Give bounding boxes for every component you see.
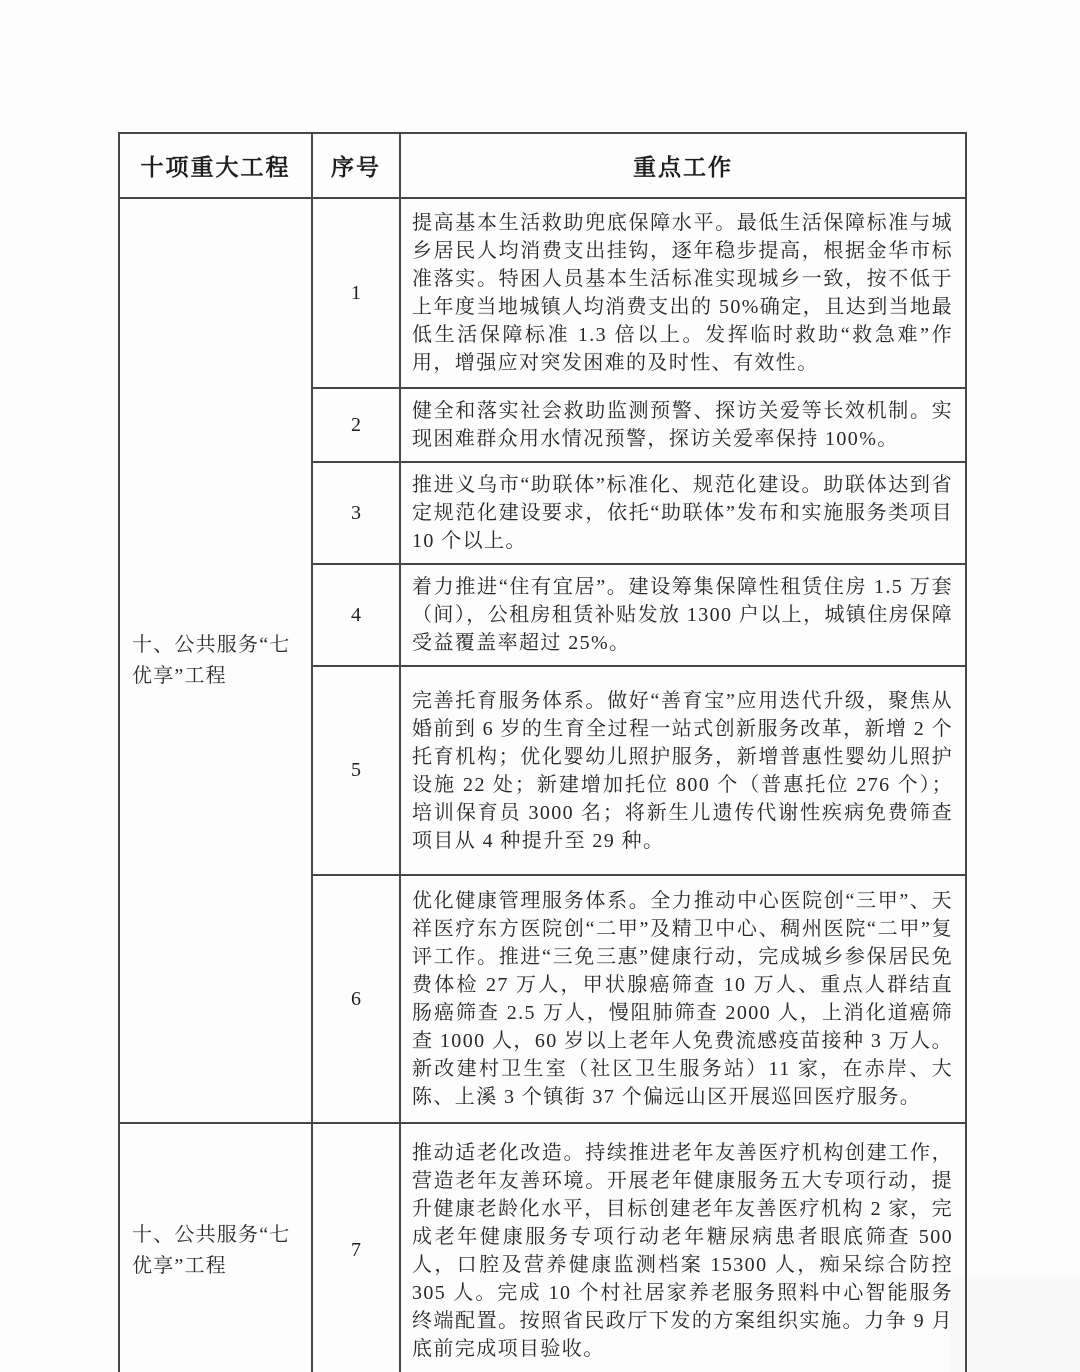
work-item-cell: 着力推进“住有宜居”。建设筹集保障性租赁住房 1.5 万套（间），公租房租赁补贴…: [400, 564, 966, 666]
header-work-column: 重点工作: [400, 133, 966, 198]
header-serial-column: 序号: [312, 133, 400, 198]
document-page: 十项重大工程 序号 重点工作 十、公共服务“七优享”工程 1 提高基本生活救助兜…: [0, 0, 1080, 1372]
serial-number-cell: 2: [312, 388, 400, 462]
work-item-cell: 完善托育服务体系。做好“善育宝”应用迭代升级，聚焦从婚前到 6 岁的生育全过程一…: [400, 666, 966, 875]
serial-number-cell: 4: [312, 564, 400, 666]
serial-number-cell: 1: [312, 198, 400, 388]
project-name-cell-section2: 十、公共服务“七优享”工程: [119, 1123, 312, 1372]
work-item-cell: 推进义乌市“助联体”标准化、规范化建设。助联体达到省定规范化建设要求，依托“助联…: [400, 462, 966, 564]
major-projects-table: 十项重大工程 序号 重点工作 十、公共服务“七优享”工程 1 提高基本生活救助兜…: [118, 132, 967, 1372]
table-row: 十、公共服务“七优享”工程 1 提高基本生活救助兜底保障水平。最低生活保障标准与…: [119, 198, 966, 388]
faint-watermark: [950, 1277, 1080, 1372]
header-project-column: 十项重大工程: [119, 133, 312, 198]
serial-number-cell: 3: [312, 462, 400, 564]
work-item-cell: 提高基本生活救助兜底保障水平。最低生活保障标准与城乡居民人均消费支出挂钩，逐年稳…: [400, 198, 966, 388]
serial-number-cell: 5: [312, 666, 400, 875]
serial-number-cell: 7: [312, 1123, 400, 1372]
table-header-row: 十项重大工程 序号 重点工作: [119, 133, 966, 198]
work-item-cell: 推动适老化改造。持续推进老年友善医疗机构创建工作，营造老年友善环境。开展老年健康…: [400, 1123, 966, 1372]
serial-number-cell: 6: [312, 875, 400, 1123]
table-row: 十、公共服务“七优享”工程 7 推动适老化改造。持续推进老年友善医疗机构创建工作…: [119, 1123, 966, 1372]
work-item-cell: 健全和落实社会救助监测预警、探访关爱等长效机制。实现困难群众用水情况预警，探访关…: [400, 388, 966, 462]
project-name-cell-section1: 十、公共服务“七优享”工程: [119, 198, 312, 1123]
work-item-cell: 优化健康管理服务体系。全力推动中心医院创“三甲”、天祥医疗东方医院创“二甲”及精…: [400, 875, 966, 1123]
